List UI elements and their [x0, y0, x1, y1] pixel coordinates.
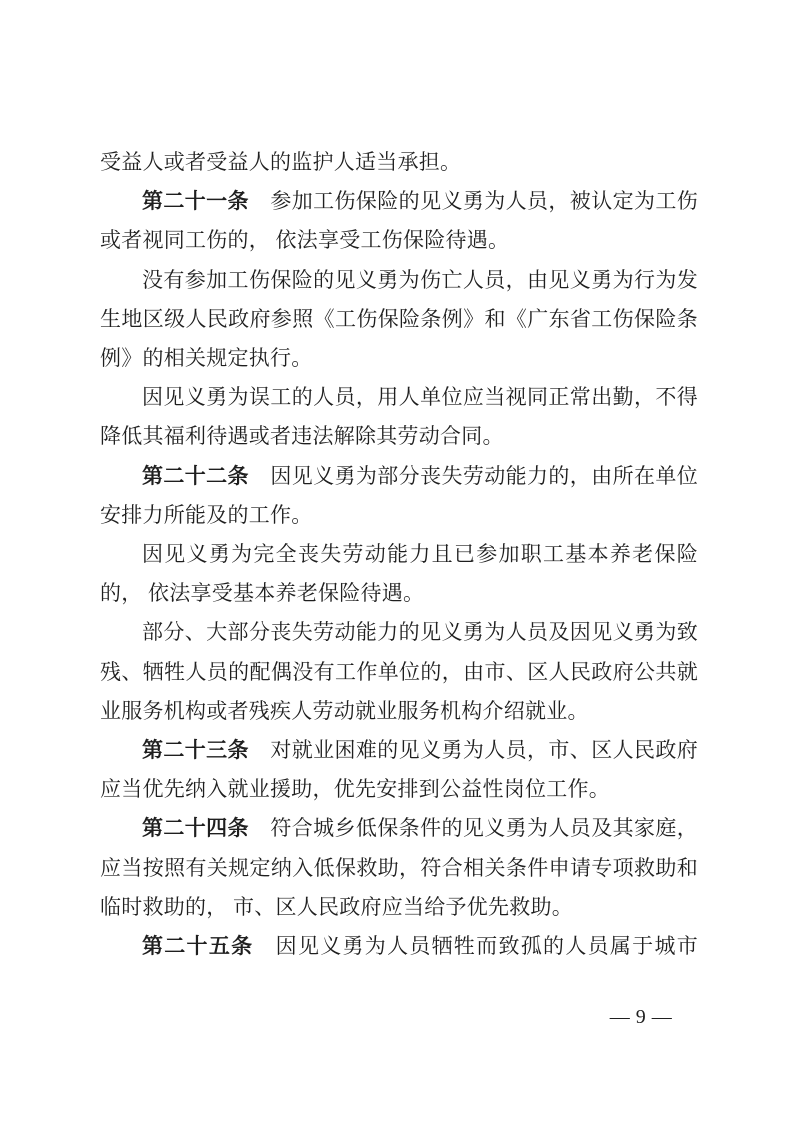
- text-line: 第二十四条 符合城乡低保条件的见义勇为人员及其家庭，: [100, 809, 698, 848]
- text-line: 第二十二条 因见义勇为部分丧失劳动能力的，由所在单位: [100, 457, 698, 496]
- text-run: 对就业困难的见义勇为人员，市、区人民政府: [249, 738, 698, 762]
- text-run: 的， 依法享受基本养老保险待遇。: [100, 581, 424, 605]
- text-run: 因见义勇为人员牺牲而致孤的人员属于城市: [253, 934, 698, 958]
- text-run: 因见义勇为部分丧失劳动能力的，由所在单位: [249, 464, 698, 488]
- text-run: 例》的相关规定执行。: [100, 346, 313, 370]
- text-run: 部分、大部分丧失劳动能力的见义勇为人员及因见义勇为致: [142, 620, 698, 644]
- document-body: 受益人或者受益人的监护人适当承担。第二十一条 参加工伤保险的见义勇为人员，被认定…: [100, 143, 698, 966]
- text-run: 符合城乡低保条件的见义勇为人员及其家庭，: [249, 816, 698, 840]
- text-line: 业服务机构或者残疾人劳动就业服务机构介绍就业。: [100, 692, 698, 731]
- text-line: 第二十五条 因见义勇为人员牺牲而致孤的人员属于城市: [100, 927, 698, 966]
- article-number: 第二十二条: [142, 465, 249, 488]
- text-run: 应当按照有关规定纳入低保救助，符合相关条件申请专项救助和: [100, 856, 698, 880]
- text-line: 临时救助的， 市、区人民政府应当给予优先救助。: [100, 888, 698, 927]
- text-run: 临时救助的， 市、区人民政府应当给予优先救助。: [100, 895, 573, 919]
- text-line: 应当优先纳入就业援助，优先安排到公益性岗位工作。: [100, 770, 698, 809]
- article-number: 第二十五条: [142, 935, 253, 958]
- text-run: 或者视同工伤的， 依法享受工伤保险待遇。: [100, 228, 509, 252]
- article-number: 第二十一条: [142, 190, 249, 213]
- text-run: 受益人或者受益人的监护人适当承担。: [100, 150, 461, 174]
- text-line: 应当按照有关规定纳入低保救助，符合相关条件申请专项救助和: [100, 849, 698, 888]
- document-page: 受益人或者受益人的监护人适当承担。第二十一条 参加工伤保险的见义勇为人员，被认定…: [0, 0, 793, 1122]
- text-line: 因见义勇为完全丧失劳动能力且已参加职工基本养老保险: [100, 535, 698, 574]
- text-line: 因见义勇为误工的人员，用人单位应当视同正常出勤，不得: [100, 378, 698, 417]
- text-line: 受益人或者受益人的监护人适当承担。: [100, 143, 698, 182]
- text-line: 安排力所能及的工作。: [100, 496, 698, 535]
- text-run: 安排力所能及的工作。: [100, 503, 313, 527]
- text-line: 的， 依法享受基本养老保险待遇。: [100, 574, 698, 613]
- text-run: 应当优先纳入就业援助，优先安排到公益性岗位工作。: [100, 777, 610, 801]
- text-run: 业服务机构或者残疾人劳动就业服务机构介绍就业。: [100, 699, 589, 723]
- text-line: 残、牺牲人员的配偶没有工作单位的，由市、区人民政府公共就: [100, 653, 698, 692]
- text-line: 部分、大部分丧失劳动能力的见义勇为人员及因见义勇为致: [100, 613, 698, 652]
- text-line: 生地区级人民政府参照《工伤保险条例》和《广东省工伤保险条: [100, 300, 698, 339]
- page-number: — 9 —: [606, 1004, 676, 1030]
- text-run: 因见义勇为误工的人员，用人单位应当视同正常出勤，不得: [142, 385, 698, 409]
- text-run: 因见义勇为完全丧失劳动能力且已参加职工基本养老保险: [142, 542, 698, 566]
- text-line: 降低其福利待遇或者违法解除其劳动合同。: [100, 417, 698, 456]
- text-run: 生地区级人民政府参照《工伤保险条例》和《广东省工伤保险条: [100, 307, 698, 331]
- article-number: 第二十四条: [142, 817, 249, 840]
- text-run: 降低其福利待遇或者违法解除其劳动合同。: [100, 424, 504, 448]
- text-line: 或者视同工伤的， 依法享受工伤保险待遇。: [100, 221, 698, 260]
- text-line: 没有参加工伤保险的见义勇为伤亡人员，由见义勇为行为发: [100, 261, 698, 300]
- article-number: 第二十三条: [142, 739, 249, 762]
- text-line: 第二十一条 参加工伤保险的见义勇为人员，被认定为工伤: [100, 182, 698, 221]
- text-run: 参加工伤保险的见义勇为人员，被认定为工伤: [249, 189, 698, 213]
- text-line: 第二十三条 对就业困难的见义勇为人员，市、区人民政府: [100, 731, 698, 770]
- text-run: 残、牺牲人员的配偶没有工作单位的，由市、区人民政府公共就: [100, 660, 698, 684]
- text-run: 没有参加工伤保险的见义勇为伤亡人员，由见义勇为行为发: [142, 268, 698, 292]
- text-line: 例》的相关规定执行。: [100, 339, 698, 378]
